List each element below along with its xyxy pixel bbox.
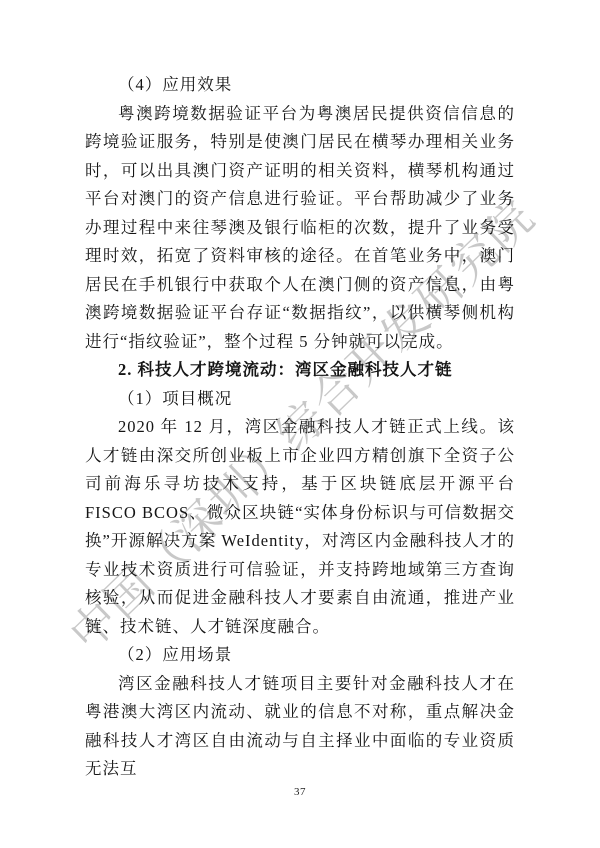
document-page: 中国（深圳）综合开发研究院 （4）应用效果 粤澳跨境数据验证平台为粤澳居民提供资… [0, 0, 600, 848]
section-heading-fintech-talent-chain: 2. 科技人才跨境流动：湾区金融科技人才链 [85, 356, 515, 385]
paragraph-platform-application-effect: 粤澳跨境数据验证平台为粤澳居民提供资信信息的跨境验证服务，特别是使澳门居民在横琴… [85, 100, 515, 357]
paragraph-project-overview: 2020 年 12 月，湾区金融科技人才链正式上线。该人才链由深交所创业板上市企… [85, 413, 515, 641]
page-content: （4）应用效果 粤澳跨境数据验证平台为粤澳居民提供资信信息的跨境验证服务，特别是… [85, 71, 515, 784]
subheading-project-overview: （1）项目概况 [85, 385, 515, 414]
paragraph-application-scenario: 湾区金融科技人才链项目主要针对金融科技人才在粤港澳大湾区内流动、就业的信息不对称… [85, 670, 515, 784]
subheading-application-effect: （4）应用效果 [85, 71, 515, 100]
subheading-application-scenario: （2）应用场景 [85, 641, 515, 670]
page-number: 37 [0, 786, 600, 798]
